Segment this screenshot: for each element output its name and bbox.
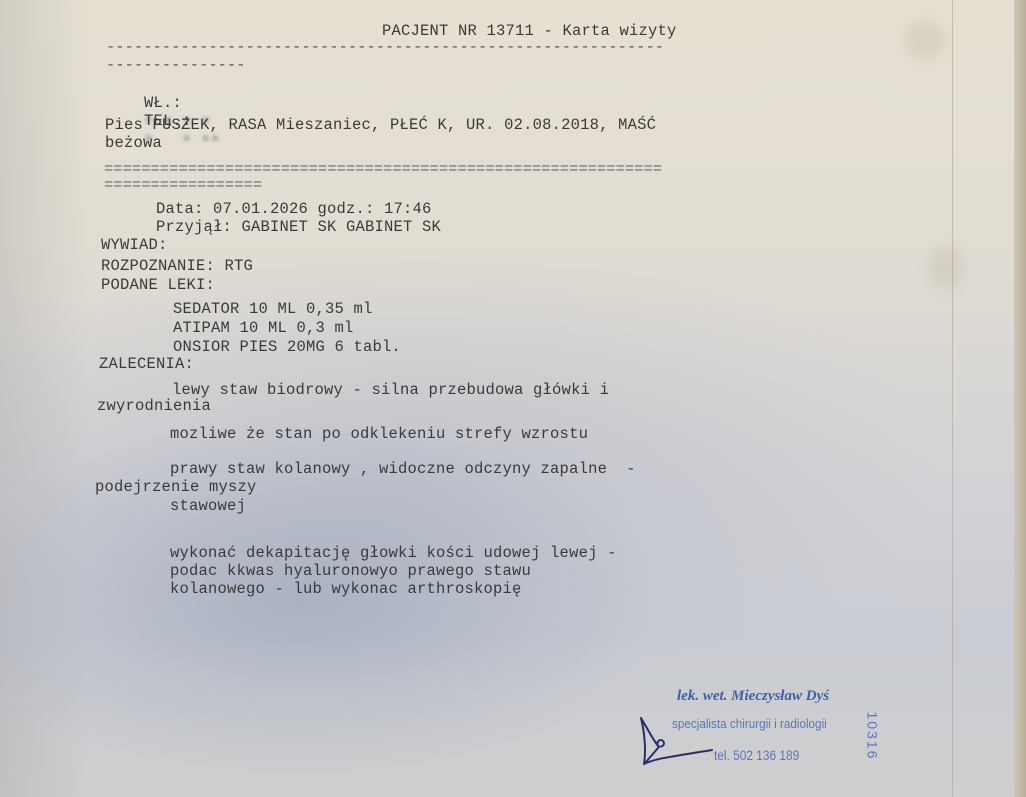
interview-label: WYWIAD: [101, 236, 168, 254]
recommendation-line: podac kkwas hyaluronowyo prawego stawu [170, 562, 531, 580]
dashed-rule: ----------------------------------------… [106, 38, 664, 56]
patient-info-cont: beżowa [105, 134, 162, 152]
doctor-stamp: lek. wet. Mieczysław Dyś specjalista chi… [630, 688, 890, 788]
stamp-doctor-name: lek. wet. Mieczysław Dyś [677, 688, 829, 705]
stamp-phone: tel. 502 136 189 [714, 748, 799, 763]
equals-rule-short: ================= [104, 176, 262, 194]
recommendation-line: stawowej [170, 497, 246, 515]
recommendation-line: zwyrodnienia [97, 397, 211, 415]
recommendation-line: prawy staw kolanowy , widoczne odczyny z… [170, 460, 636, 478]
recommendation-line: wykonać dekapitację głowki kości udowej … [170, 544, 617, 562]
recommendations-label: ZALECENIA: [99, 355, 194, 373]
recommendation-line: lewy staw biodrowy - silna przebudowa gł… [172, 381, 609, 399]
recommendation-line: podejrzenie myszy [95, 478, 257, 496]
drug-item: ATIPAM 10 ML 0,3 ml [173, 319, 354, 337]
patient-info: Pies PUSZEK, RASA Mieszaniec, PŁEĆ K, UR… [105, 116, 656, 134]
recommendation-line: kolanowego - lub wykonac arthroskopię [170, 580, 522, 598]
drug-item: SEDATOR 10 ML 0,35 ml [173, 300, 373, 318]
drugs-label: PODANE LEKI: [101, 276, 215, 294]
signature-icon [636, 712, 716, 768]
drug-item: ONSIOR PIES 20MG 6 tabl. [173, 338, 401, 356]
diagnosis: ROZPOZNANIE: RTG [101, 257, 253, 275]
recommendation-line: mozliwe że stan po odklekeniu strefy wzr… [170, 425, 588, 443]
stamp-license-number: 10316 [864, 712, 880, 761]
visit-date: Data: 07.01.2026 godz.: 17:46 [156, 200, 432, 218]
visit-received-by: Przyjął: GABINET SK GABINET SK [156, 218, 441, 236]
visit-card-document: PACJENT NR 13711 - Karta wizyty --------… [0, 0, 1026, 797]
dashed-rule-short: --------------- [106, 56, 246, 74]
